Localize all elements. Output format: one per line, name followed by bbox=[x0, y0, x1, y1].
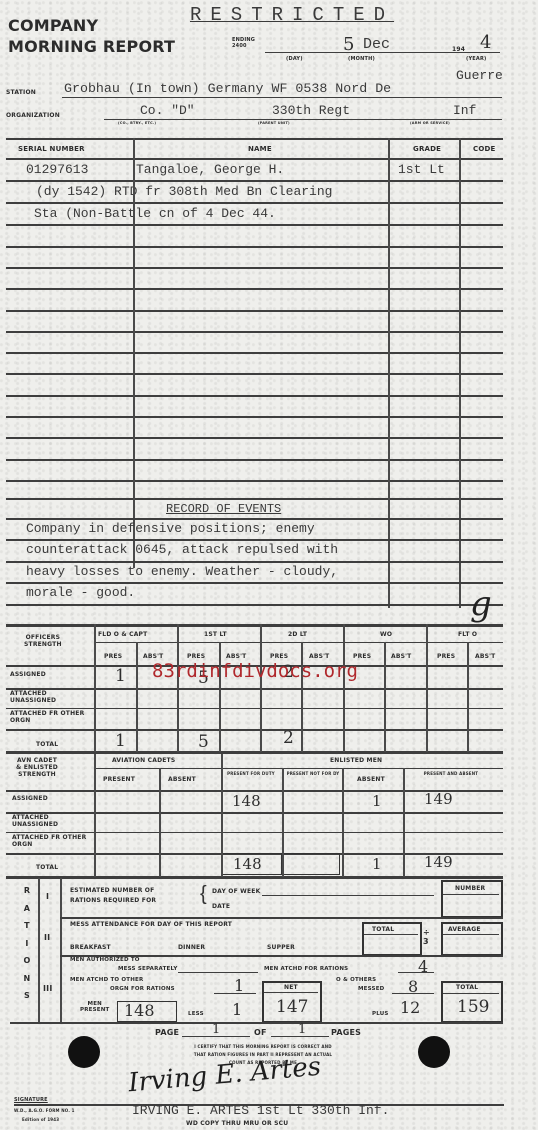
sub-abst: ABS'T bbox=[475, 653, 495, 660]
supper-label: SUPPER bbox=[267, 944, 295, 951]
section-iii-numeral: III bbox=[43, 984, 53, 993]
rations-side-label: R A T I O N S bbox=[22, 882, 32, 1005]
col-divider bbox=[301, 642, 303, 752]
atchd-other-line bbox=[214, 993, 256, 994]
officers-total-1stlt-pres: 5 bbox=[198, 732, 209, 752]
rule bbox=[6, 539, 503, 541]
col-divider bbox=[133, 138, 135, 568]
rule bbox=[6, 832, 503, 833]
rule bbox=[6, 604, 503, 606]
sub-present-and-absent: PRESENT AND ABSENT bbox=[416, 771, 486, 776]
date-label: DATE bbox=[212, 903, 230, 910]
watermark: 83rdinfdivdocs.org bbox=[152, 660, 358, 682]
number-label: NUMBER bbox=[455, 885, 485, 892]
side-letter: T bbox=[22, 917, 32, 935]
total-not-for-duty-box bbox=[282, 853, 340, 875]
col-divider bbox=[38, 878, 40, 1022]
enl-row-total-label: TOTAL bbox=[36, 864, 58, 871]
enl-row-attached-fr-other-label: ATTACHED FR OTHER ORGN bbox=[12, 834, 92, 848]
rule bbox=[6, 180, 503, 182]
number-divider bbox=[443, 894, 499, 895]
form-title-line2: MORNING REPORT bbox=[8, 37, 175, 56]
enlisted-assigned-present-duty: 148 bbox=[232, 792, 261, 810]
side-letter: A bbox=[22, 900, 32, 918]
col-code: CODE bbox=[473, 145, 495, 153]
others-label-2: MESSED bbox=[358, 986, 384, 992]
month-caption: (MONTH) bbox=[348, 56, 375, 62]
atchd-rations-line bbox=[398, 972, 434, 973]
rule bbox=[6, 310, 503, 312]
enlisted-assigned-absent: 1 bbox=[372, 792, 382, 810]
org-caption-parent: (PARENT UNIT) bbox=[258, 121, 290, 125]
atchd-rations-value: 4 bbox=[418, 957, 428, 976]
col-divider bbox=[94, 754, 96, 877]
section-ii-numeral: II bbox=[44, 933, 50, 942]
total-label: TOTAL bbox=[456, 984, 478, 991]
row-attached-unassigned-label: ATTACHED UNASSIGNED bbox=[10, 690, 90, 704]
signature-label: SIGNATURE bbox=[14, 1097, 48, 1103]
brace-icon: { bbox=[200, 883, 207, 906]
atchd-rations-label: MEN ATCHD FOR RATIONS bbox=[264, 966, 348, 972]
col-divider bbox=[388, 138, 390, 608]
rule bbox=[6, 224, 503, 226]
station-overflow: Guerre bbox=[456, 68, 503, 83]
row-attached-fr-other-label: ATTACHED FR OTHER ORGN bbox=[10, 710, 90, 724]
ending-label: ENDING 2400 bbox=[232, 37, 255, 49]
col-divider bbox=[342, 768, 344, 877]
atchd-other-label-1: MEN ATCHD TO OTHER bbox=[70, 977, 143, 983]
rule bbox=[6, 288, 503, 290]
rule bbox=[6, 437, 503, 439]
less-label: LESS bbox=[188, 1011, 204, 1017]
sub-pres: PRES bbox=[437, 653, 455, 660]
authorized-label-1: MEN AUTHORIZED TO bbox=[70, 957, 140, 963]
rule bbox=[6, 373, 503, 375]
org-caption-arm: (ARM OR SERVICE) bbox=[410, 121, 450, 125]
sub-pres: PRES bbox=[104, 653, 122, 660]
col-divider bbox=[94, 624, 96, 752]
col-divider bbox=[159, 768, 161, 877]
sub-abst: ABS'T bbox=[143, 653, 163, 660]
officers-strength-title: OFFICERS STRENGTH bbox=[24, 634, 62, 648]
group-flt-o: FLT O bbox=[458, 631, 477, 638]
col-divider bbox=[426, 624, 428, 752]
sub-abst: ABS'T bbox=[309, 653, 329, 660]
enlisted-title-3: STRENGTH bbox=[16, 771, 58, 778]
rule bbox=[6, 480, 503, 482]
enl-row-assigned-label: ASSIGNED bbox=[12, 795, 48, 802]
rule bbox=[6, 267, 503, 269]
station-value: Grobhau (In town) Germany WF 0538 Nord D… bbox=[64, 81, 391, 96]
group-fld-capt: FLD O & CAPT bbox=[98, 631, 147, 638]
sub-present-not-for-dy: PRESENT NOT FOR DY bbox=[286, 771, 340, 776]
remark-line-2: Sta (Non-Battle cn of 4 Dec 44. bbox=[34, 206, 276, 221]
col-divider bbox=[343, 624, 345, 752]
col-divider bbox=[221, 754, 223, 877]
col-divider bbox=[60, 878, 62, 1022]
mess-total-divider bbox=[364, 934, 418, 935]
col-divider bbox=[177, 624, 179, 752]
sub-abst: ABS'T bbox=[391, 653, 411, 660]
total-divider bbox=[443, 993, 499, 994]
plus-value: 12 bbox=[400, 998, 420, 1017]
organization-label: ORGANIZATION bbox=[6, 112, 60, 119]
side-letter: N bbox=[22, 970, 32, 988]
day-caption: (DAY) bbox=[286, 56, 303, 62]
sub-absent-enlisted: ABSENT bbox=[357, 776, 385, 783]
breakfast-label: BREAKFAST bbox=[70, 944, 111, 951]
side-letter: I bbox=[22, 935, 32, 953]
dinner-label: DINNER bbox=[178, 944, 205, 951]
col-serial-number: SERIAL NUMBER bbox=[18, 145, 85, 153]
officers-total-fld-pres: 1 bbox=[115, 731, 126, 751]
enlisted-strength-title: AVN CADET & ENLISTED STRENGTH bbox=[16, 757, 58, 778]
col-divider bbox=[136, 642, 138, 752]
total-value: 159 bbox=[457, 997, 489, 1017]
enlisted-title-1: AVN CADET bbox=[16, 757, 58, 764]
sub-abst: ABS'T bbox=[226, 653, 246, 660]
copy-note: WD COPY THRU MRU OR SCU bbox=[186, 1120, 288, 1127]
form-number: W.D., A.G.O. FORM NO. 1 bbox=[14, 1108, 75, 1113]
authorized-line bbox=[178, 972, 258, 973]
report-day: 5 bbox=[343, 34, 354, 55]
group-aviation-cadets: AVIATION CADETS bbox=[112, 757, 175, 764]
sub-absent: ABSENT bbox=[168, 776, 196, 783]
net-value: 147 bbox=[276, 997, 308, 1017]
col-divider bbox=[403, 768, 405, 877]
entry-name: Tangaloe, George H. bbox=[136, 162, 284, 177]
enlisted-assigned-pres-abs: 149 bbox=[424, 790, 453, 808]
year-prefix: 194 bbox=[452, 46, 465, 53]
rule bbox=[6, 331, 503, 333]
rule bbox=[6, 395, 503, 397]
subheader-rule bbox=[95, 642, 503, 643]
side-letter: O bbox=[22, 952, 32, 970]
of-label: OF bbox=[254, 1028, 267, 1037]
col-divider bbox=[282, 768, 284, 877]
certify-line-1: I CERTIFY THAT THIS MORNING REPORT IS CO… bbox=[143, 1043, 383, 1051]
section-i-label: ESTIMATED NUMBER OF RATIONS REQUIRED FOR bbox=[70, 886, 156, 906]
less-value: 1 bbox=[232, 1000, 242, 1019]
officers-title-1: OFFICERS bbox=[24, 634, 62, 641]
punch-hole-left bbox=[68, 1036, 100, 1068]
divide-by-three: ÷ 3 bbox=[423, 928, 433, 946]
sub-pres: PRES bbox=[187, 653, 205, 660]
classification-stamp: RESTRICTED bbox=[190, 4, 394, 26]
station-label: STATION bbox=[6, 89, 36, 96]
enlisted-total-pres-abs: 149 bbox=[424, 853, 453, 871]
group-2d-lt: 2D LT bbox=[288, 631, 307, 638]
officers-bottom-rule bbox=[6, 751, 503, 754]
col-divider bbox=[467, 642, 469, 752]
remark-line-1: (dy 1542) RTD fr 308th Med Bn Clearing bbox=[36, 184, 332, 199]
men-present-label: MEN PRESENT bbox=[80, 1001, 110, 1013]
atchd-other-label-2: ORGN FOR RATIONS bbox=[110, 986, 175, 992]
col-grade: GRADE bbox=[413, 145, 441, 153]
sub-present-for-duty: PRESENT FOR DUTY bbox=[226, 771, 276, 776]
group-1st-lt: 1ST LT bbox=[204, 631, 227, 638]
others-label-1: O & OTHERS bbox=[336, 977, 376, 983]
enlisted-bottom-rule bbox=[6, 876, 503, 879]
rule bbox=[6, 729, 503, 731]
typed-signer: IRVING E. ARTES 1st Lt 330th Inf. bbox=[132, 1103, 389, 1118]
section-i-label-1: ESTIMATED NUMBER OF bbox=[70, 886, 156, 896]
rule bbox=[6, 202, 503, 204]
rations-bottom-rule bbox=[10, 1022, 503, 1024]
officers-assigned-fld-pres: 1 bbox=[115, 666, 126, 686]
year-caption: (YEAR) bbox=[466, 56, 487, 62]
mess-total-label: TOTAL bbox=[372, 926, 394, 933]
side-letter: R bbox=[22, 882, 32, 900]
row-total-label: TOTAL bbox=[36, 741, 58, 748]
others-line bbox=[392, 993, 434, 994]
entry-serial: 01297613 bbox=[26, 162, 88, 177]
mess-attendance-title: MESS ATTENDANCE FOR DAY OF THIS REPORT bbox=[70, 921, 232, 928]
officers-total-2dlt-pres: 2 bbox=[283, 728, 294, 748]
col-name: NAME bbox=[248, 145, 272, 153]
report-year: 4 bbox=[480, 32, 491, 53]
rule bbox=[6, 416, 503, 418]
rule bbox=[6, 246, 503, 248]
station-underline bbox=[62, 97, 502, 98]
ending-label-2: 2400 bbox=[232, 43, 255, 49]
rule bbox=[6, 518, 503, 520]
pages-value: 1 bbox=[298, 1022, 306, 1037]
rule bbox=[6, 561, 503, 563]
average-label: AVERAGE bbox=[448, 926, 481, 933]
plus-label: PLUS bbox=[372, 1011, 389, 1017]
event-line-2: counterattack 0645, attack repulsed with bbox=[26, 542, 338, 557]
col-divider bbox=[459, 138, 461, 608]
table-top-rule bbox=[6, 138, 503, 140]
report-month: Dec bbox=[363, 36, 390, 53]
form-edition: Edition of 1943 bbox=[22, 1117, 59, 1122]
average-divider bbox=[443, 934, 499, 935]
section-i-numeral: I bbox=[46, 892, 49, 901]
sub-pres: PRES bbox=[270, 653, 288, 660]
record-of-events-title: RECORD OF EVENTS bbox=[166, 502, 281, 516]
group-enlisted-men: ENLISTED MEN bbox=[330, 757, 382, 764]
rule bbox=[6, 582, 503, 584]
men-present-value: 148 bbox=[124, 1001, 155, 1020]
men-present-label-2: PRESENT bbox=[80, 1007, 110, 1013]
org-company: Co. "D" bbox=[140, 103, 195, 118]
group-wo: WO bbox=[380, 631, 392, 638]
rule bbox=[6, 459, 503, 461]
section-i-label-2: RATIONS REQUIRED FOR bbox=[70, 896, 156, 906]
rule bbox=[6, 352, 503, 354]
net-divider bbox=[264, 992, 318, 993]
enlisted-title-2: & ENLISTED bbox=[16, 764, 58, 771]
rule bbox=[6, 498, 503, 500]
event-line-1: Company in defensive positions; enemy bbox=[26, 521, 315, 536]
enl-row-attached-unassigned-label: ATTACHED UNASSIGNED bbox=[12, 814, 92, 828]
authorized-label-2: MESS SEPARATELY bbox=[118, 966, 178, 972]
event-line-3: heavy losses to enemy. Weather - cloudy, bbox=[26, 564, 338, 579]
day-of-week-line bbox=[262, 895, 434, 896]
initials: g bbox=[470, 584, 492, 624]
punch-hole-right bbox=[418, 1036, 450, 1068]
officers-top-rule bbox=[6, 624, 503, 627]
sub-pres: PRES bbox=[353, 653, 371, 660]
officers-title-2: STRENGTH bbox=[24, 641, 62, 648]
row-assigned-label: ASSIGNED bbox=[10, 671, 46, 678]
enlisted-total-present-duty: 148 bbox=[233, 855, 262, 873]
side-letter: S bbox=[22, 987, 32, 1005]
page-value: 1 bbox=[212, 1022, 220, 1037]
page-label: PAGE bbox=[155, 1028, 179, 1037]
org-arm: Inf bbox=[453, 103, 476, 118]
pages-label: PAGES bbox=[331, 1028, 361, 1037]
rule bbox=[60, 917, 503, 919]
org-caption-company: (CO., BTRY., ETC.) bbox=[118, 121, 156, 125]
col-divider bbox=[219, 642, 221, 752]
event-line-4: morale - good. bbox=[26, 585, 135, 600]
col-divider bbox=[260, 624, 262, 752]
org-underline bbox=[104, 119, 502, 120]
rule bbox=[6, 708, 503, 709]
morning-report-page: COMPANY MORNING REPORT RESTRICTED ENDING… bbox=[0, 0, 538, 1130]
sub-present: PRESENT bbox=[103, 776, 135, 783]
header-rule bbox=[6, 158, 503, 160]
net-label: NET bbox=[284, 984, 298, 991]
org-parent-unit: 330th Regt bbox=[272, 103, 350, 118]
entry-grade: 1st Lt bbox=[398, 162, 445, 177]
col-divider bbox=[384, 642, 386, 752]
enlisted-total-absent: 1 bbox=[372, 855, 382, 873]
form-title-line1: COMPANY bbox=[8, 16, 98, 35]
day-of-week-label: DAY OF WEEK bbox=[212, 888, 260, 895]
subheader-rule bbox=[95, 768, 503, 769]
